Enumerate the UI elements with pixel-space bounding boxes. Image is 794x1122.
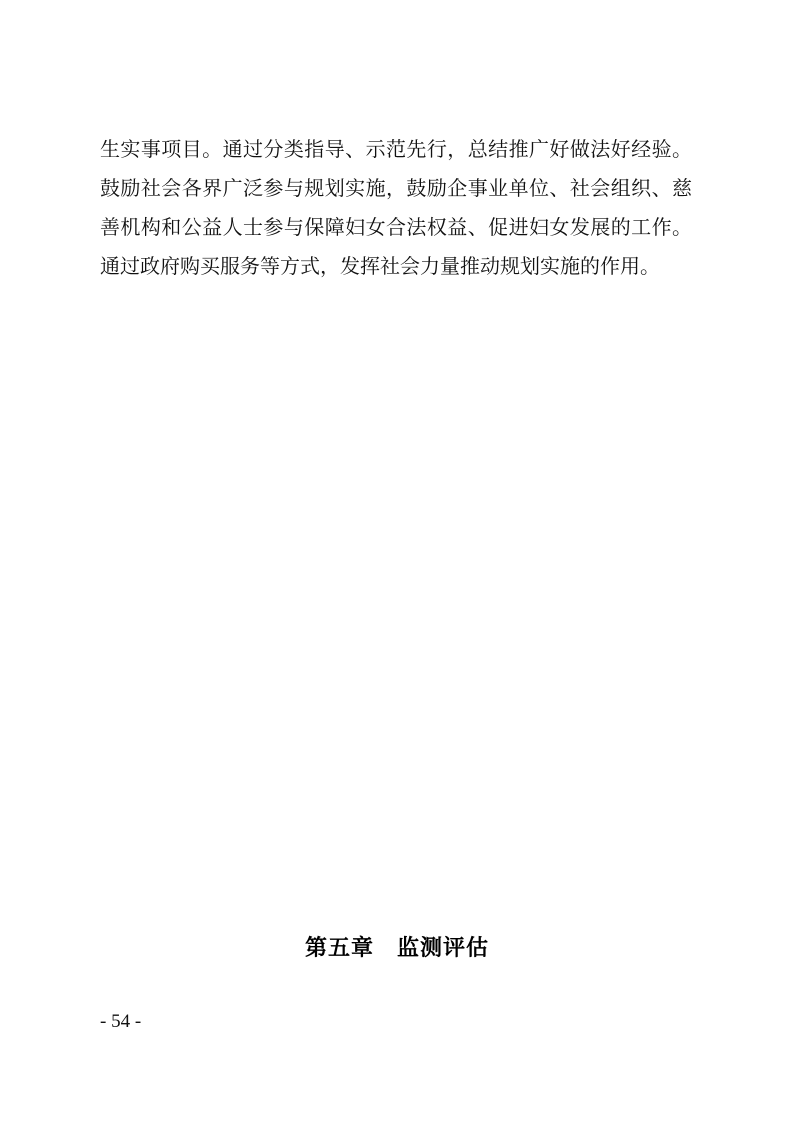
body-paragraph: 生实事项目。通过分类指导、示范先行，总结推广好做法好经验。 鼓励社会各界广泛参与… bbox=[100, 131, 692, 287]
body-text-line-2: 鼓励社会各界广泛参与规划实施，鼓励企事业单位、社会组织、慈 bbox=[100, 170, 692, 209]
body-text-line-3: 善机构和公益人士参与保障妇女合法权益、促进妇女发展的工作。 bbox=[100, 209, 692, 248]
page-number: - 54 - bbox=[100, 1010, 141, 1034]
body-text-line-1: 生实事项目。通过分类指导、示范先行，总结推广好做法好经验。 bbox=[100, 131, 692, 170]
chapter-heading: 第五章 监测评估 bbox=[100, 933, 694, 963]
document-page: 生实事项目。通过分类指导、示范先行，总结推广好做法好经验。 鼓励社会各界广泛参与… bbox=[0, 0, 794, 1122]
body-text-line-4: 通过政府购买服务等方式，发挥社会力量推动规划实施的作用。 bbox=[100, 248, 692, 287]
